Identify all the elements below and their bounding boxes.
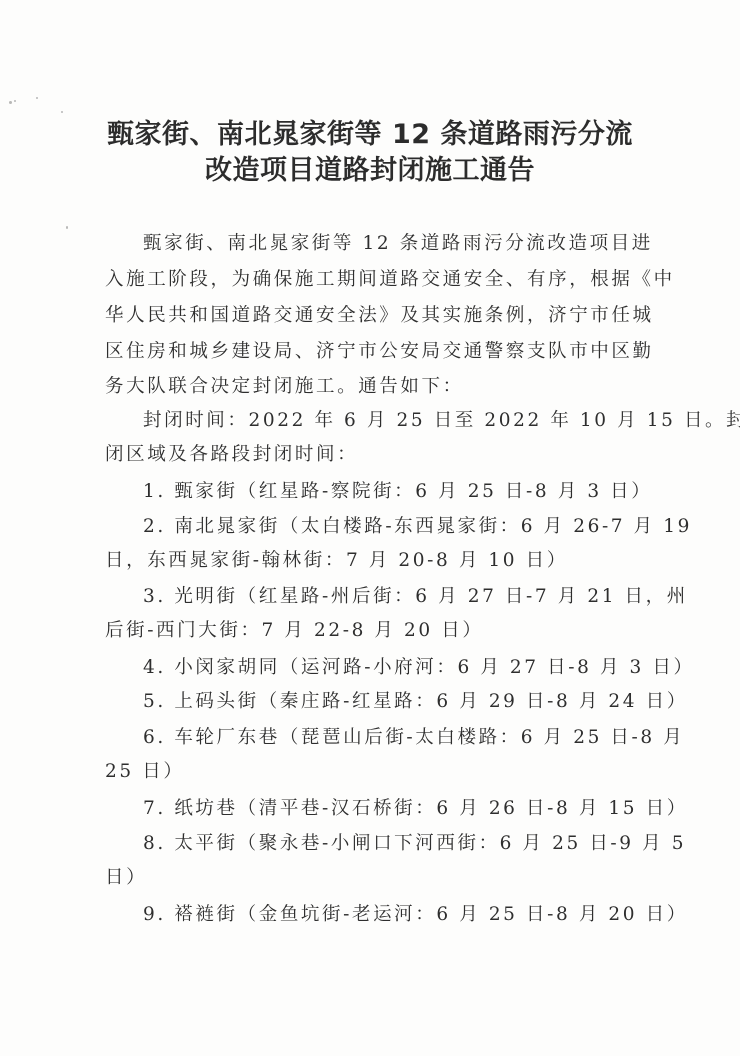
closure-item-7: 7. 纸坊巷（清平巷-汉石桥街：6 月 26 日-8 月 15 日） (143, 797, 673, 821)
closure-item-9: 9. 褡裢街（金鱼坑街-老运河：6 月 25 日-8 月 20 日） (143, 903, 673, 927)
intro-line-5: 务大队联合决定封闭施工。通告如下： (105, 375, 635, 399)
closure-item-8-line-2: 日） (105, 866, 635, 890)
closure-item-6-line-1: 6. 车轮厂东巷（琵琶山后街-太白楼路：6 月 25 日-8 月 (143, 726, 673, 750)
document-title-line-1: 甄家街、南北晁家街等 12 条道路雨污分流 (0, 112, 740, 151)
closure-item-1: 1. 甄家街（红星路-察院街：6 月 25 日-8 月 3 日） (143, 480, 673, 504)
closure-time-line-1: 封闭时间：2022 年 6 月 25 日至 2022 年 10 月 15 日。封 (143, 409, 673, 433)
closure-item-2-line-2: 日，东西晁家街-翰林街：7 月 20-8 月 10 日） (105, 549, 635, 573)
closure-item-3-line-1: 3. 光明街（红星路-州后街：6 月 27 日-7 月 21 日，州 (143, 585, 673, 609)
closure-item-3-line-2: 后街-西门大街：7 月 22-8 月 20 日） (105, 619, 635, 643)
closure-item-2-line-1: 2. 南北晁家街（太白楼路-东西晁家街：6 月 26-7 月 19 (143, 515, 673, 539)
closure-time-line-2: 闭区域及各路段封闭时间： (105, 443, 635, 467)
document-page: 甄家街、南北晁家街等 12 条道路雨污分流 改造项目道路封闭施工通告 甄家街、南… (0, 0, 740, 1056)
scan-speck (14, 100, 16, 102)
scan-speck (9, 101, 12, 104)
intro-line-2: 入施工阶段，为确保施工期间道路交通安全、有序，根据《中 (105, 268, 635, 292)
intro-line-3: 华人民共和国道路交通安全法》及其实施条例，济宁市任城 (105, 304, 635, 328)
closure-item-6-line-2: 25 日） (105, 760, 635, 784)
closure-item-4: 4. 小闵家胡同（运河路-小府河：6 月 27 日-8 月 3 日） (143, 656, 673, 680)
closure-item-8-line-1: 8. 太平街（聚永巷-小闸口下河西街：6 月 25 日-9 月 5 (143, 832, 673, 856)
intro-line-4: 区住房和城乡建设局、济宁市公安局交通警察支队市中区勤 (105, 340, 635, 364)
scan-speck (36, 97, 38, 99)
scan-speck (66, 226, 68, 229)
intro-line-1: 甄家街、南北晁家街等 12 条道路雨污分流改造项目进 (143, 232, 673, 256)
document-title-line-2: 改造项目道路封闭施工通告 (0, 148, 740, 187)
closure-item-5: 5. 上码头街（秦庄路-红星路：6 月 29 日-8 月 24 日） (143, 690, 673, 714)
